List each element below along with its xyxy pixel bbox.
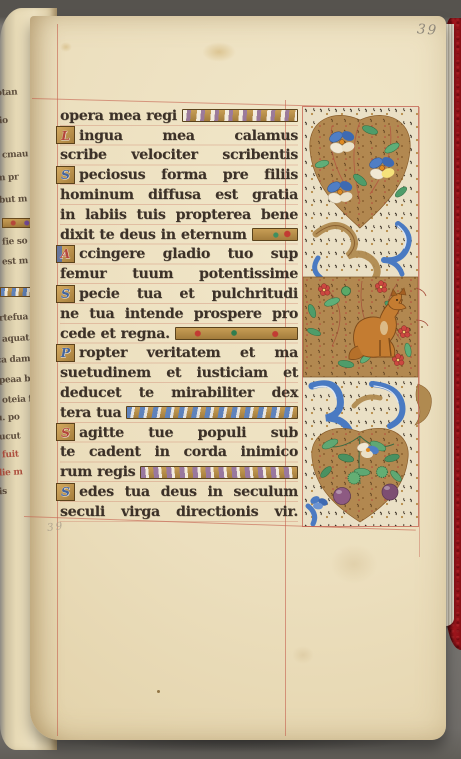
line-text: ropter veritatem et ma: [79, 345, 298, 361]
manuscript-text-line: Specie tua et pulchritudi: [60, 284, 298, 304]
manuscript-text-line: in labiis tuis propterea bene: [60, 205, 298, 225]
purple-plum: [334, 488, 351, 505]
line-text: opera mea regi: [60, 108, 177, 124]
facing-page-fragment: otan: [0, 87, 18, 98]
facing-page-fragment: fuit: [2, 450, 19, 461]
line-filler-blue-acanthus: [126, 406, 298, 419]
facing-page-fragment: fie so: [2, 236, 28, 247]
line-text: rum regis: [60, 464, 135, 480]
manuscript-text-line: Propter veritatem et ma: [60, 344, 298, 364]
manuscript-text-line: te cadent in corda inimico: [60, 443, 298, 463]
facing-page-fragment: m pr: [0, 172, 19, 183]
photograph-backdrop: otaniocmaum prbut mfie soi est mrtefuaaq…: [0, 0, 461, 759]
illuminated-initial: P: [56, 344, 75, 362]
illuminated-initial: A: [56, 245, 75, 263]
fox-panel: [303, 277, 428, 377]
facing-page-fragment: io: [0, 116, 8, 126]
ink-speck: [157, 690, 160, 693]
line-text: ccingere gladio tuo sup: [79, 246, 298, 262]
manuscript-page: 39 39 opera mea regiLingua mea calamussc…: [30, 16, 446, 740]
illuminated-initial: S: [56, 285, 75, 303]
spiky-green-fruit: [348, 472, 360, 484]
line-text: hominum diffusa est gratia: [60, 187, 298, 203]
line-filler-red-flower: [252, 228, 298, 241]
facing-page-fragment: i est m: [0, 256, 28, 268]
manuscript-text-line: Sedes tua deus in seculum: [60, 482, 298, 502]
parchment-stain: [292, 646, 314, 664]
manuscript-text-line: cede et regna.: [60, 324, 298, 344]
manuscript-text-line: tera tua: [60, 403, 298, 423]
parchment-stain: [330, 544, 378, 584]
illuminated-border: [302, 106, 419, 527]
manuscript-text-line: seculi virga directionis vir.: [60, 502, 298, 522]
facing-page-fragment: cmau: [2, 149, 29, 160]
illuminated-initial: S: [56, 483, 75, 501]
facing-page-fragment: oteia f: [2, 394, 33, 406]
line-filler-scroll-purple-white: [182, 109, 298, 122]
line-text: suetudinem et iusticiam et: [60, 365, 298, 381]
line-text: edes tua deus in seculum: [79, 484, 298, 500]
spiky-green-fruit: [377, 467, 388, 478]
line-text: ingua mea calamus: [79, 128, 298, 144]
purple-plum: [382, 484, 398, 500]
illuminated-initial: L: [56, 126, 75, 144]
parchment-stain: [60, 42, 72, 52]
line-text: cede et regna.: [60, 326, 170, 342]
illuminated-initial: S: [56, 423, 75, 441]
facing-page-fragment: ca dam: [0, 354, 31, 366]
manuscript-text-line: opera mea regi: [60, 106, 298, 126]
facing-page-fragment: peaa b: [0, 374, 31, 386]
parchment-stain: [202, 42, 236, 62]
manuscript-text-line: Accingere gladio tuo sup: [60, 245, 298, 265]
line-text: pecie tua et pulchritudi: [79, 286, 298, 302]
line-text: femur tuum potentissime: [60, 266, 298, 282]
facing-page-fragment: die m: [0, 467, 23, 478]
manuscript-text-line: suetudinem et iusticiam et: [60, 363, 298, 383]
line-text: scribe velociter scribentis: [60, 147, 298, 163]
facing-page-fragment: aquat: [2, 333, 30, 344]
manuscript-text-line: Sagitte tue populi sub: [60, 423, 298, 443]
manuscript-text-line: hominum diffusa est gratia: [60, 185, 298, 205]
manuscript-text-line: dixit te deus in eternum: [60, 225, 298, 245]
facing-page-fragment: is: [0, 487, 7, 497]
psalm-text-block: opera mea regiLingua mea calamusscribe v…: [60, 106, 298, 522]
line-text: deducet te mirabiliter dex: [60, 385, 298, 401]
illuminated-initial: S: [56, 166, 75, 184]
manuscript-text-line: Speciosus forma pre filiis: [60, 165, 298, 185]
line-filler-leaf-red-flower: [175, 327, 298, 340]
line-text: tera tua: [60, 405, 121, 421]
folio-number-pencil-bottom: 39: [46, 520, 65, 534]
line-filler-scroll-purple: [140, 466, 298, 479]
line-text: dixit te deus in eternum: [60, 227, 247, 243]
facing-page-fragment: but m: [0, 194, 27, 205]
facing-page-fragment: u. po: [0, 412, 20, 423]
manuscript-text-line: ne tua intende prospere pro: [60, 304, 298, 324]
ink-speck: [421, 326, 423, 328]
ruling-line-vertical-outer: [419, 107, 420, 557]
line-text: in labiis tuis propterea bene: [60, 207, 298, 223]
folio-number-pencil-top: 39: [416, 21, 438, 38]
manuscript-text-line: Lingua mea calamus: [60, 126, 298, 146]
line-text: agitte tue populi sub: [79, 425, 298, 441]
green-bud: [342, 287, 351, 296]
line-text: ne tua intende prospere pro: [60, 306, 298, 322]
line-text: te cadent in corda inimico: [60, 444, 298, 460]
manuscript-text-line: deducet te mirabiliter dex: [60, 383, 298, 403]
facing-page-fragment: rtefua: [0, 312, 28, 324]
facing-page-fragment: ucut: [0, 431, 21, 442]
line-text: seculi virga directionis vir.: [60, 504, 298, 520]
line-text: peciosus forma pre filiis: [79, 167, 298, 183]
manuscript-text-line: scribe velociter scribentis: [60, 146, 298, 166]
manuscript-text-line: femur tuum potentissime: [60, 264, 298, 284]
manuscript-text-line: rum regis: [60, 462, 298, 482]
